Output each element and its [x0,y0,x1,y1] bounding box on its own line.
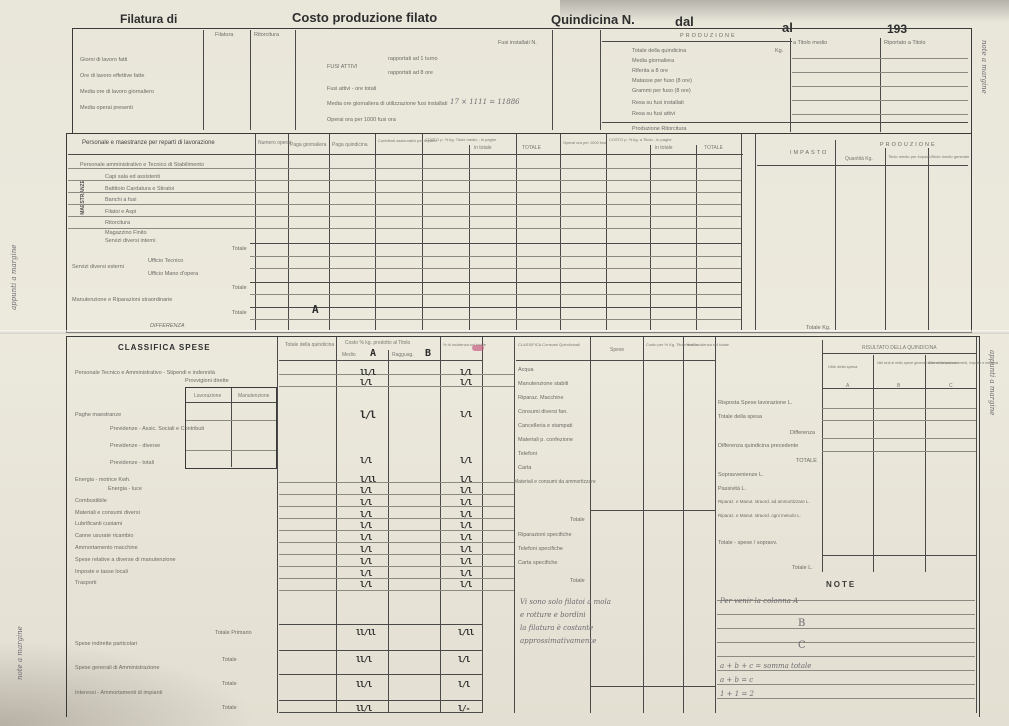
col-quantita: Quantità Kg. [845,156,873,162]
row-media-ore: Media ore di lavoro giornaliero [80,89,154,95]
prod-media: Media giornaliera [632,58,674,64]
cons-telefoni-spec: Telefoni specifiche [518,546,563,552]
ris-totale-spesa: Totale della spesa [718,414,762,420]
prod-resa-installati: Resa su fusi installati [632,100,684,106]
col-titolo-generale: Titolo medio generale [931,154,969,159]
cls-spese-generali: Spese generali di Amministrazione [75,665,159,671]
divider [696,145,697,330]
mark-a: A [370,348,375,359]
rapportati-turno: rapportati ad 1 turno [388,56,438,62]
divider [835,140,836,330]
row-totale-1: Totale [232,246,247,252]
cls-prev-diverse: Previdenze - diverse [110,443,160,449]
prod-matasse: Matasse per fuso (8 ore) [632,78,692,84]
col-titolo-medio: a Titolo medio [793,40,827,46]
divider [255,134,256,330]
divider [482,337,483,713]
unit-kg: Kg. [775,48,783,54]
rule [250,282,741,283]
cls-energia-motrice: Energia - motrice Kwh. [75,477,131,483]
row-manutenzione: Manutenzione e Riparazioni straordinarie [72,297,172,303]
rule [250,294,741,295]
quindicina-label: Quindicina N. [551,12,635,27]
note-rule [717,614,975,615]
paper-fold [0,330,1009,334]
rule [68,168,741,169]
divider [514,337,515,713]
rule [822,555,976,556]
rule [279,494,514,495]
note-right-6: 1 + 1 = 2 [720,690,754,698]
note-title: NOTE [826,580,856,589]
margin-handwriting-right-bottom: appunti a margine [988,350,996,680]
divider [741,134,742,330]
row-giorni: Giorni di lavoro fatti [80,57,127,63]
divider [388,350,389,713]
divider [329,134,330,330]
row-ufficio-mano: Ufficio Mano d'opera [148,271,198,277]
divider [602,122,968,123]
cons-acqua: Acqua [518,367,534,373]
note-rule [717,684,975,685]
divider [279,360,482,361]
divider [422,134,423,330]
divider [516,134,517,330]
cls-canne: Canne usurate ricambio [75,533,133,539]
rule [279,542,514,543]
cls-spese-indirette: Spese indirette particolari [75,641,137,647]
col-in-totale: in totale [474,145,492,151]
divider [516,360,715,361]
rule [68,216,741,217]
rule [822,451,976,452]
col-titolo-impasto: Titolo medio per impasto [888,154,932,159]
cls-totale-3: Totale [222,705,237,711]
cons-materiali-amm: Materiali e consumi da ammortizzare [514,479,596,485]
rule [186,450,276,451]
cons-col-classifica: CLASSIFICA Consumi Quindicinali [518,342,580,347]
cls-personale: Personale Tecnico e Amministrativo - Sti… [75,370,215,376]
col-filatura: Filatura [215,32,233,38]
rule [822,438,976,439]
rapportati-ore: rapportati ad 8 ore [388,70,433,76]
note-left-2: e rotture e bordini [520,611,586,619]
ris-diff-prec: Differenza quindicina precedente [718,443,798,449]
note-right-1: Per venir la colonna A [720,597,798,605]
fusi-installati: Fusi installati N. [498,40,537,46]
row-totale-2: Totale [232,285,247,291]
ris-col-a: Utile della spesa [828,364,857,369]
cons-riparaz: Riparaz. Macchine [518,395,564,401]
cls-combustibile: Combustibile [75,498,107,504]
rule [279,482,514,483]
rule [68,228,741,229]
fusi-attivi-ore: Fusi attivi - ore totali [327,86,376,92]
form-title: Costo produzione filato [292,10,437,25]
dal-label: dal [675,14,694,29]
cls-totale-1: Totale [222,657,237,663]
note-right-5: a + b = c [720,676,753,684]
cons-carta: Carta [518,465,531,471]
cons-consumi: Consumi diversi fan. [518,409,568,415]
prod-resa-attivi: Resa su fusi attivi [632,111,675,117]
divider [822,340,823,572]
divider [203,30,204,130]
cons-cancelleria: Cancelleria e stampati [518,423,572,429]
impasto-title: IMPASTO [790,150,828,156]
col-paga-giornaliera: Paga giornaliera [290,142,326,148]
rule [186,420,276,421]
cls-prev-totali: Previdenze - totali [110,460,154,466]
divider [68,154,743,155]
cons-totale-2: Totale [570,578,585,584]
cls-totale-primario: Totale Primario [215,630,252,636]
note-left-1: Vi sono solo filatoi a mola [520,598,611,606]
note-right-2: B [798,618,805,629]
col-in-totale-2: in totale [655,145,673,151]
ris-sopravv: Sopravvenienze L. [718,472,764,478]
note-rule [717,656,975,657]
cls-provvigioni: Provvigioni dirette [185,378,229,384]
col-riportato: Riportato a Titolo [884,40,926,46]
scanned-form-sheet: Filatura di Costo produzione filato Quin… [0,0,1009,726]
row-filatoi: Filatoi e Aspi [105,209,136,215]
cons-col-spese: Spese [610,347,624,353]
produzione-title: PRODUZIONE [680,33,737,39]
rule [68,204,741,205]
divider [880,38,881,132]
rule [250,319,741,320]
rule [279,578,514,579]
divider [375,134,376,330]
rule [250,256,741,257]
note-left-4: approssimativamente [520,637,596,645]
divider [295,30,296,130]
note-right-4: a + b + c = somma totale [720,662,811,670]
row-totale-3: Totale [232,310,247,316]
cons-materiali: Materiali p. confezione [518,437,573,443]
cons-manut-stabili: Manutenzione stabili [518,381,568,387]
col-totale-2: TOTALE [704,145,723,151]
row-servizi-interni: Servizi diversi interni [105,238,155,244]
servizi-esterni: Servizi diversi esterni [72,264,124,270]
col-costo-titolo: COSTO p. % kg. a Titolo - in paghe [609,137,672,142]
rule [279,674,482,675]
divider [552,30,553,130]
row-ufficio-tecnico: Ufficio Tecnico [148,258,183,264]
divider [650,145,651,330]
rule [822,408,976,409]
margin-handwriting-right-top: note a margine [980,40,988,320]
note-right-3: C [798,640,806,651]
row-banchi: Banchi a fusi [105,197,137,203]
cls-interessi: Interessi - Ammortamenti di impianti [75,690,162,696]
divider [715,337,716,713]
rule [279,624,482,625]
row-magazzino: Magazzino Finito [105,230,147,236]
cls-totale-2: Totale [222,681,237,687]
col-costo-prodotto: Costo % kg. prodotto al Titolo [345,340,410,346]
rule [590,686,715,687]
col-totale: TOTALE [522,145,541,151]
rule [590,510,715,511]
maestranze-label: MAESTRANZE [80,180,86,215]
rule [250,243,741,244]
personale-title: Personale e maestranze per reparti di la… [82,140,215,146]
col-costo-paghe: COSTO p. % kg. Titolo medio - in paghe [425,137,496,142]
rule [792,114,968,115]
note-rule [717,628,975,629]
rule [279,386,514,387]
divider [755,134,756,330]
ris-riparaz-amm: Riparaz. e Manut. straord. ad ammortizza… [718,499,810,504]
sub-col-manutenzione: Manutenzione [238,393,269,399]
risultato-title: RISULTATO DELLA QUINDICINA [862,345,937,351]
cls-lubrificanti: Lubrificanti cuoiami [75,521,122,527]
mark-b: B [425,348,430,359]
cons-carta-spec: Carta specifiche [518,560,557,566]
divider [336,337,337,713]
rule [792,72,968,73]
col-numero-operai: Numero operai [258,140,291,146]
cls-trasporti: Trasporti [75,580,97,586]
note-rule [717,642,975,643]
cons-riparaz-spec: Riparazioni specifiche [518,532,572,538]
rule [279,554,514,555]
row-operai: Media operai presenti [80,105,133,111]
divider [928,148,929,330]
col-operai-ora: Operai ora per 1000 fusi [563,140,606,145]
divider [600,30,601,130]
cls-spese-manut: Spese relative a diverse di manutenzione [75,557,176,563]
ris-totale: TOTALE [796,458,817,464]
divider [757,165,968,166]
handwritten-fraction: 17 × 1111 = 11886 [450,98,520,106]
rule [250,268,741,269]
col-ritorcitura: Ritorcitura [254,32,279,38]
divider [288,134,289,330]
divider [822,353,976,354]
cls-energia-luce: Energia - luce [108,486,142,492]
divider [186,402,276,403]
prod-riferita: Riferita a 8 ore [632,68,668,74]
media-utilizzazione: Media ore giornaliera di utilizzazione f… [327,101,447,107]
rule [279,566,514,567]
prod-ritorcitura: Produzione Ritorcitura [632,126,686,132]
rule [250,307,741,308]
divider [790,38,791,132]
row-differenza: DIFFERENZA [150,323,185,329]
mark-a-personale: A [312,303,318,316]
divider [469,145,470,330]
margin-handwriting-left-top: appunti a margine [10,30,18,310]
divider [683,337,684,713]
divider [231,388,232,467]
cls-materiali: Materiali e consumi diversi [75,510,140,516]
cls-paghe: Paghe maestranze [75,412,121,418]
divider [643,337,644,713]
rule [822,420,976,421]
rule [279,700,482,701]
classifica-title: CLASSIFICA SPESE [118,343,211,352]
col-paga-quindicina: Paga quindicina [332,142,368,148]
row-ritorcitura: Ritorcitura [105,220,130,226]
ris-totale-l: Totale L. [792,565,813,571]
note-rule [717,698,975,699]
rule [279,374,514,375]
prod-totale: Totale della quindicina [632,48,686,54]
fusi-attivi: FUSI ATTIVI [327,64,357,70]
col-ragguag: Ragguag. [392,352,414,358]
cls-ammortamento: Ammortamento macchine [75,545,138,551]
rule [68,192,741,193]
divider [440,337,441,713]
prod-grammi: Grammi per fuso (8 ore) [632,88,691,94]
note-rule [717,670,975,671]
divider [590,337,591,713]
cls-imposte: Imposte e tasse locali [75,569,128,575]
rule [792,100,968,101]
divider [976,337,977,713]
ris-risposta: Risposta Spese lavorazione L. [718,400,792,406]
rule [279,530,514,531]
row-ore: Ore di lavoro effettive fatte [80,73,144,79]
cons-col-incidenza: % di incidenza sul totale [686,342,729,347]
rule [279,590,514,591]
cons-telefoni: Telefoni [518,451,537,457]
margin-handwriting-left-bottom: note a margine [16,380,24,680]
divider [250,30,251,130]
divider [822,388,976,389]
sub-col-lavorazione: Lavorazione [194,393,221,399]
rule [279,518,514,519]
divider [602,41,792,42]
rule [792,86,968,87]
col-medio: Medio [342,352,356,358]
rule [279,506,514,507]
ris-riparaz-metodo: Riparaz. e Manut. straord. ogni metodo L… [718,513,801,518]
divider [606,134,607,330]
rule [792,58,968,59]
red-ink-mark [472,345,484,351]
ris-passivita: Passività L. [718,486,746,492]
operai-ora: Operai ora per 1000 fusi ora [327,117,396,123]
filatura-label: Filatura di [120,12,177,26]
col-totale-quindicina: Totale della quindicina [285,342,334,348]
ris-differenza: Differenza [790,430,815,436]
cons-totale-1: Totale [570,517,585,523]
rule [279,650,482,651]
ris-totale-spese: Totale - spese / sopravv. [718,540,777,546]
rule [68,180,741,181]
divider [885,148,886,330]
rule [279,712,482,713]
note-left-3: la filatura è costante [520,624,593,632]
divider [277,337,278,713]
divider [560,134,561,330]
